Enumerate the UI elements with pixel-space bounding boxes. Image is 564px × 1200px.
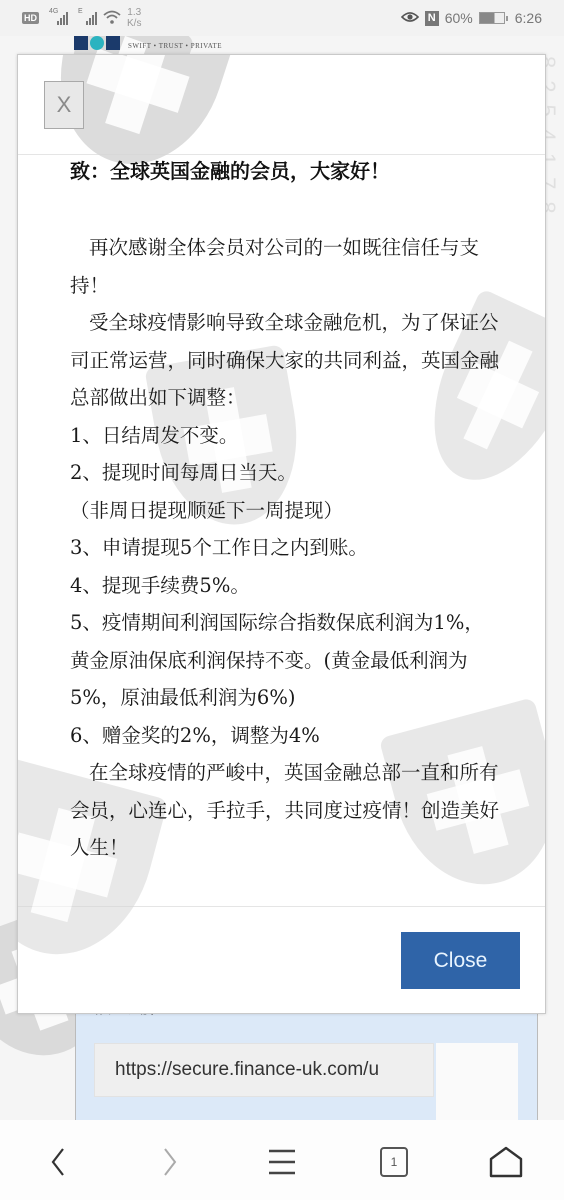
speed-unit: K/s [127, 18, 141, 29]
battery-icon [479, 12, 505, 24]
modal-dismiss-button[interactable]: X [44, 81, 84, 129]
back-button[interactable] [36, 1140, 80, 1184]
referral-url-field[interactable]: https://secure.finance-uk.com/u [94, 1043, 434, 1097]
eye-comfort-icon [401, 10, 419, 27]
list-item-4: 4、提现手续费5%。 [70, 567, 500, 605]
modal-footer: Close [18, 907, 545, 1014]
hamburger-menu-icon [268, 1148, 296, 1176]
home-icon [489, 1146, 523, 1178]
announcement-modal: X 致：全球英国金融的会员，大家好！ 再次感谢全体会员对公司的一如既往信任与支持… [17, 54, 546, 1014]
wifi-icon [103, 10, 121, 27]
close-button[interactable]: Close [401, 932, 520, 989]
status-bar: HD 4G E 1.3 K/s N 60% 6:26 [0, 0, 564, 36]
greeting-heading: 致：全球英国金融的会员，大家好！ [70, 159, 510, 183]
forward-button[interactable] [148, 1140, 192, 1184]
clock: 6:26 [515, 10, 542, 26]
logo-tagline: SWIFT • TRUST • PRIVATE [128, 42, 222, 50]
status-left: HD 4G E 1.3 K/s [22, 7, 141, 29]
list-item-2: 2、提现时间每周日当天。 [70, 454, 500, 492]
signal-sim1-icon: 4G [57, 11, 68, 25]
chevron-left-icon [50, 1147, 66, 1177]
qr-code [436, 1043, 518, 1120]
signal-sim2-icon: E [86, 11, 97, 25]
hd-voice-icon: HD [22, 12, 39, 24]
nfc-icon: N [425, 11, 439, 26]
network-type-label: E [78, 8, 83, 15]
home-button[interactable] [484, 1140, 528, 1184]
paragraph-thanks: 再次感谢全体会员对公司的一如既往信任与支持！ [70, 229, 500, 304]
list-item-3: 3、申请提现5个工作日之内到账。 [70, 529, 500, 567]
menu-button[interactable] [260, 1140, 304, 1184]
chevron-right-icon [162, 1147, 178, 1177]
logo-mark-icon [74, 36, 120, 50]
list-item-6: 6、赠金奖的2%，调整为4% [70, 717, 500, 755]
network-type-label: 4G [49, 8, 58, 15]
modal-header: X [18, 55, 545, 155]
status-right: N 60% 6:26 [401, 10, 542, 27]
paragraph-adjustment-intro: 受全球疫情影响导致全球金融危机，为了保证公司正常运营，同时确保大家的共同利益，英… [70, 304, 500, 417]
list-item-2-note: （非周日提现顺延下一周提现） [70, 492, 500, 530]
modal-body: 致：全球英国金融的会员，大家好！ 再次感谢全体会员对公司的一如既往信任与支持！ … [18, 155, 545, 907]
list-item-5: 5、疫情期间利润国际综合指数保底利润为1%，黄金原油保底利润保持不变。(黄金最低… [70, 604, 500, 717]
browser-bottom-nav: 1 [0, 1120, 564, 1200]
tabs-button[interactable]: 1 [372, 1140, 416, 1184]
list-item-1: 1、日结周发不变。 [70, 417, 500, 455]
paragraph-closing: 在全球疫情的严峻中，英国金融总部一直和所有会员，心连心，手拉手，共同度过疫情！创… [70, 754, 500, 867]
speed-value: 1.3 [127, 7, 141, 18]
battery-percent: 60% [445, 10, 473, 26]
tab-count-icon: 1 [380, 1147, 408, 1177]
site-logo: SWIFT • TRUST • PRIVATE [74, 36, 222, 50]
announcement-text: 致：全球英国金融的会员，大家好！ 再次感谢全体会员对公司的一如既往信任与支持！ … [70, 155, 510, 867]
network-speed: 1.3 K/s [127, 7, 141, 29]
